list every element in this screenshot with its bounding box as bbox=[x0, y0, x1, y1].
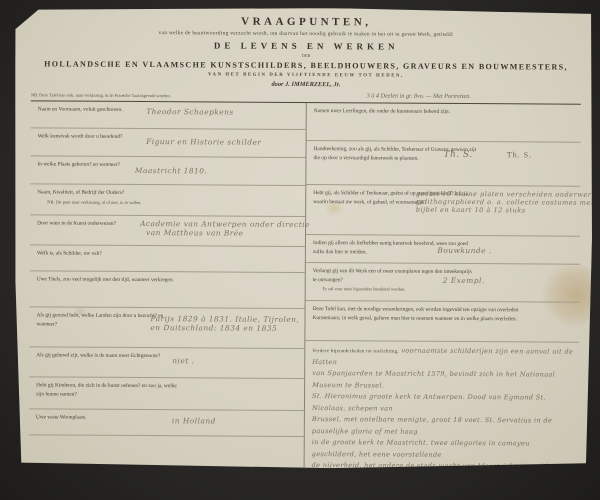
signature-samples: Th. S. Th. S. bbox=[443, 150, 574, 161]
nb-french-note: NB. Deze Tafel kan ook, naar verkiezing,… bbox=[31, 92, 171, 98]
further-particulars: Verdere bijzonderheden tot toelichting, … bbox=[311, 345, 577, 497]
question-row-craft: Welk kunstvak wordt door u beoefend? Fig… bbox=[30, 128, 305, 158]
question-row-deceased: Deze Tafel kan, met de noodige veranderi… bbox=[305, 301, 579, 343]
filled-in-label: Aldus ingevuld te bbox=[337, 477, 370, 482]
question-label: Uwe vaste Woonplaats. bbox=[36, 413, 179, 423]
notes-block: Verdere bijzonderheden tot toelichting, … bbox=[304, 341, 579, 500]
question-row-spouse: Als gij gehuwd zijt, welke is de naam uw… bbox=[29, 347, 304, 379]
question-subnote: NB. Dit punt naar verkiezing, al of niet… bbox=[47, 199, 232, 205]
signature-print: Th. S. bbox=[507, 150, 532, 160]
question-row-teacher: Door wien in de Kunst onderwezen? Academ… bbox=[30, 215, 305, 247]
answer-line: en Duitschland: 1834 en 1835 bbox=[150, 323, 299, 333]
handwritten-answer: niet . bbox=[172, 356, 194, 365]
question-label: Namen uwer Leerlingen, die onder de kuns… bbox=[314, 107, 477, 117]
notes-line: van Spanjaarden te Maastricht 1579, bevi… bbox=[312, 369, 555, 389]
handwritten-answer: Maastricht 1810. bbox=[135, 166, 207, 175]
work-title-main: HOLLANDSCHE EN VLAAMSCHE KUNSTSCHILDERS,… bbox=[31, 59, 581, 71]
paper-sheet: VRAAGPUNTEN, van welke de beantwoording … bbox=[13, 6, 594, 470]
question-label: Uwe Titels, zoo veel mogelijk met den ti… bbox=[37, 275, 180, 285]
question-row-amateur: Indien gij alleen als liefhebber eenig k… bbox=[306, 235, 580, 265]
question-row-signature: Handteekening, zoo als gij, als Schilder… bbox=[306, 141, 580, 187]
handwritten-answer: in Holland bbox=[172, 416, 216, 425]
question-row-name: Naam en Voornaam, voluit geschreven. The… bbox=[31, 101, 306, 130]
notes-line: Brussel, met ontelbare menigte, groot 18… bbox=[312, 415, 552, 435]
form-content: VRAAGPUNTEN, van welke de beantwoording … bbox=[29, 14, 582, 459]
question-row-birthplace: In welke Plaats geboren? en wanneer? Maa… bbox=[30, 156, 305, 186]
scan-background: VRAAGPUNTEN, van welke de beantwoording … bbox=[0, 0, 600, 500]
signature-script: Th. S. bbox=[443, 150, 472, 160]
handwritten-answer: 2 Exempl. bbox=[443, 276, 485, 285]
edition-note: 3 à 4 Deelen in gr. 8vo. — Met Portrette… bbox=[367, 92, 471, 100]
notes-line: de nijverheid, het andere de stads wacht… bbox=[312, 461, 567, 481]
filled-in-year: 1841. bbox=[551, 478, 562, 483]
handwritten-answer: Academie van Antwerpen onder directie va… bbox=[140, 219, 310, 238]
question-row-titles: Uwe Titels, zoo veel mogelijk met den ti… bbox=[30, 271, 305, 309]
question-row-residence: Uwe vaste Woonplaats. in Holland bbox=[29, 409, 304, 437]
handwritten-answer: Figuur en Historie schilder bbox=[146, 137, 261, 147]
question-label: Als gij gehuwd zijt, welke is de naam uw… bbox=[36, 351, 179, 361]
question-columns: Naam en Voornaam, voluit geschreven. The… bbox=[28, 100, 580, 499]
author-line: door J. IMMERZEEL, Jr. bbox=[31, 79, 581, 89]
notes-label: Verdere bijzonderheden tot toelichting, bbox=[312, 349, 399, 355]
question-label: Deze Tafel kan, met de noodige veranderi… bbox=[312, 305, 522, 324]
answer-line: bijbel en kaart 10 à 12 stuks bbox=[416, 206, 600, 215]
question-label: Naam, Kwaliteit, of Bedrijf der Ouders? bbox=[37, 188, 180, 198]
question-row-travels: Als gij gereisd hebt, welke Landen zijn … bbox=[29, 307, 304, 349]
handwritten-answer: Parijs 1829 à 1831. Italie, Tijrolen, en… bbox=[150, 314, 299, 333]
filled-in-door: door bbox=[387, 488, 396, 493]
question-label: Welk is, als Schilder, uw vak? bbox=[37, 249, 180, 259]
right-column: Namen uwer Leerlingen, die onder de kuns… bbox=[303, 103, 580, 500]
work-title: DE LEVENS EN WERKEN bbox=[31, 39, 581, 52]
question-row-children: Hebt gij Kinderen, die zich in de kunst … bbox=[29, 377, 304, 411]
form-header: VRAAGPUNTEN, van welke de beantwoording … bbox=[31, 14, 581, 100]
question-subnote: Er zal voor niets bijzonders berekend wo… bbox=[323, 286, 507, 292]
notes-line: St. Hieronimus groote kerk te Antwerpen.… bbox=[312, 392, 546, 412]
notes-line: in het raadhuis te Maastricht. de bbox=[311, 484, 431, 493]
handwritten-answer: Bouwkunde . bbox=[437, 246, 491, 255]
work-title-period: VAN HET BEGIN DER VIJFTIENDE EEUW TOT HE… bbox=[31, 71, 581, 79]
question-row-parents: Naam, Kwaliteit, of Bedrijf der Ouders? … bbox=[30, 184, 305, 217]
question-label: Hebt gij Kinderen, die zich in de kunst … bbox=[36, 381, 179, 399]
question-row-painter-field: Welk is, als Schilder, uw vak? bbox=[30, 245, 305, 273]
form-title: VRAAGPUNTEN, bbox=[31, 14, 581, 29]
question-row-etching: Hebt gij, als Schilder of Teekenaar, geë… bbox=[306, 185, 580, 237]
filled-in-line: Aldus ingevuld te den 1841. bbox=[337, 477, 562, 483]
answer-line: van Mattheus van Brée bbox=[146, 228, 310, 238]
form-subtitle: van welke de beantwoording verzocht word… bbox=[31, 29, 581, 38]
left-column: Naam en Voornaam, voluit geschreven. The… bbox=[28, 101, 305, 498]
notes-line: in de groote kerk te Maastricht. twee al… bbox=[312, 438, 530, 458]
filled-in-den: den bbox=[458, 478, 465, 483]
question-row-copies: Verlangt gij van dit Werk een of meer ex… bbox=[306, 263, 580, 303]
work-title-der: DER bbox=[31, 51, 581, 59]
question-row-pupils: Namen uwer Leerlingen, die onder de kuns… bbox=[307, 103, 581, 143]
handwritten-answer: geëtst 10 kleine platen verscheiden onde… bbox=[416, 190, 600, 215]
handwritten-answer: Theodor Schaepkens bbox=[146, 107, 234, 117]
